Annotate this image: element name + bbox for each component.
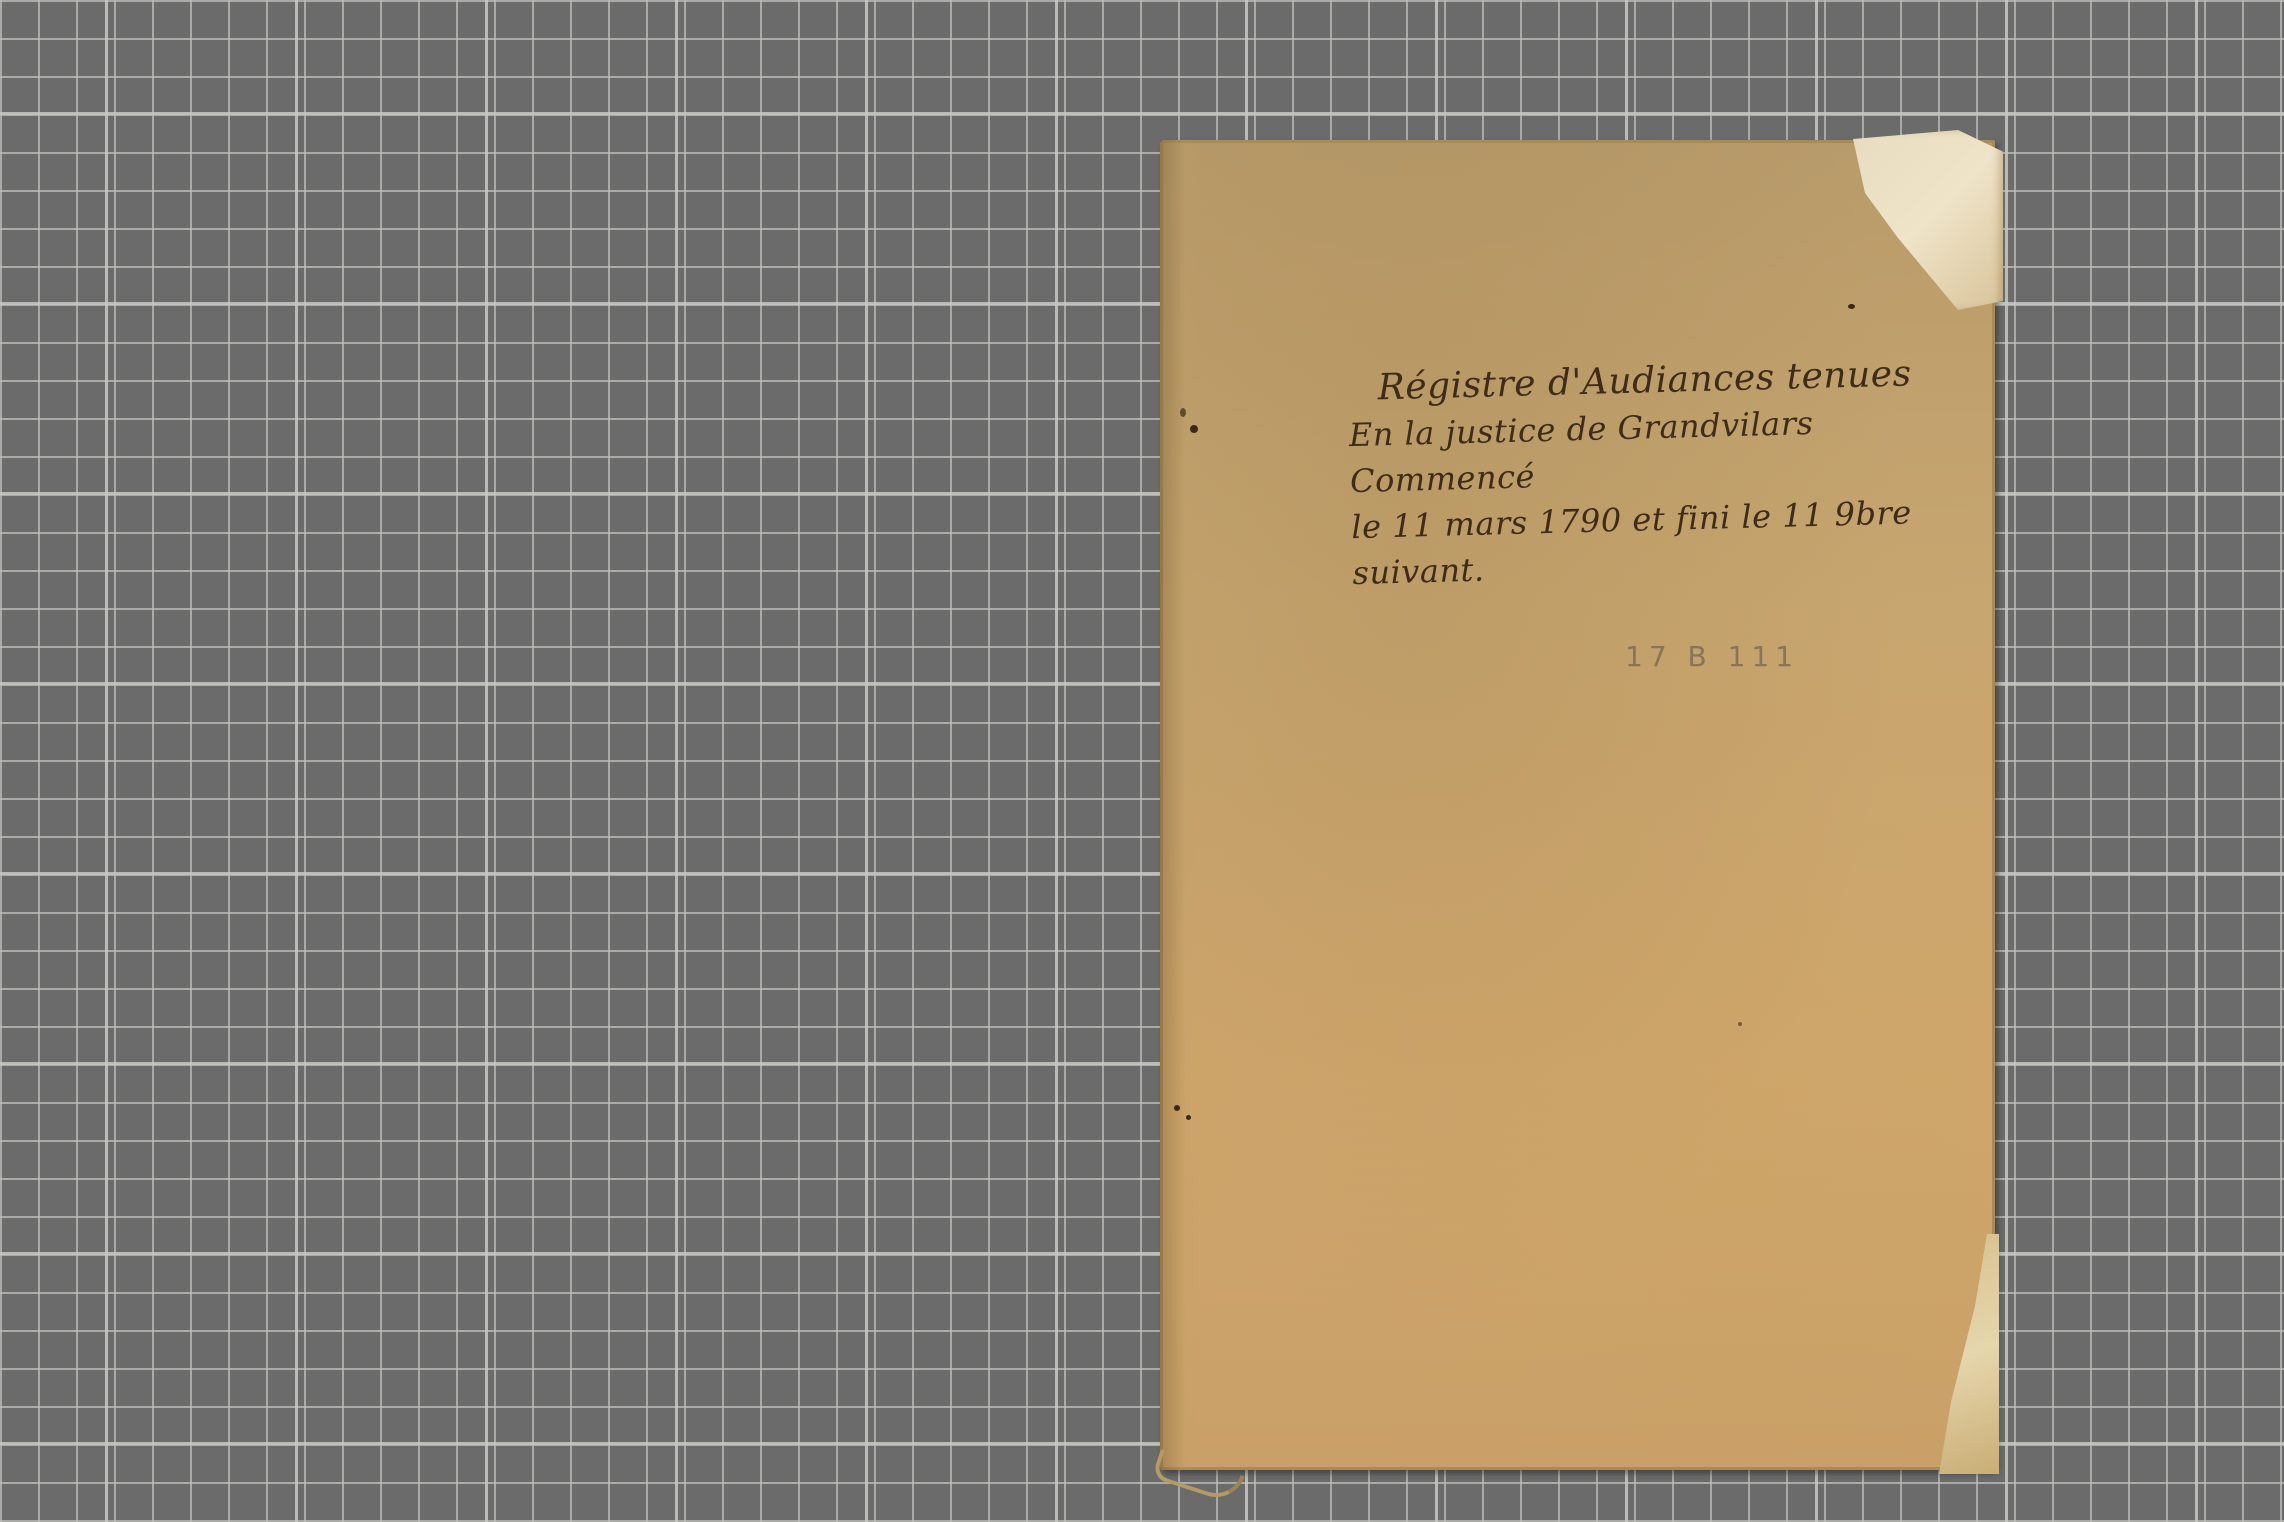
handwritten-title: Régistre d'Audiances tenues En la justic…: [1347, 350, 1973, 596]
title-line-2: En la justice de Grandvilars Commencé: [1348, 396, 1970, 504]
ink-stain: [1190, 425, 1198, 433]
ink-stain: [1174, 1105, 1180, 1111]
ink-stain: [1848, 304, 1855, 309]
ink-stain: [1738, 1022, 1742, 1026]
torn-folded-corner: [1853, 130, 2003, 310]
ink-stain: [1186, 1115, 1191, 1120]
archival-register-cover: Régistre d'Audiances tenues En la justic…: [1160, 140, 1995, 1470]
title-line-3: le 11 mars 1790 et fini le 11 9bre suiva…: [1351, 488, 1973, 596]
pencil-call-number: 17 B 111: [1625, 640, 1799, 673]
ink-stain: [1180, 408, 1186, 417]
frayed-bottom-edge: [1939, 1234, 1999, 1474]
